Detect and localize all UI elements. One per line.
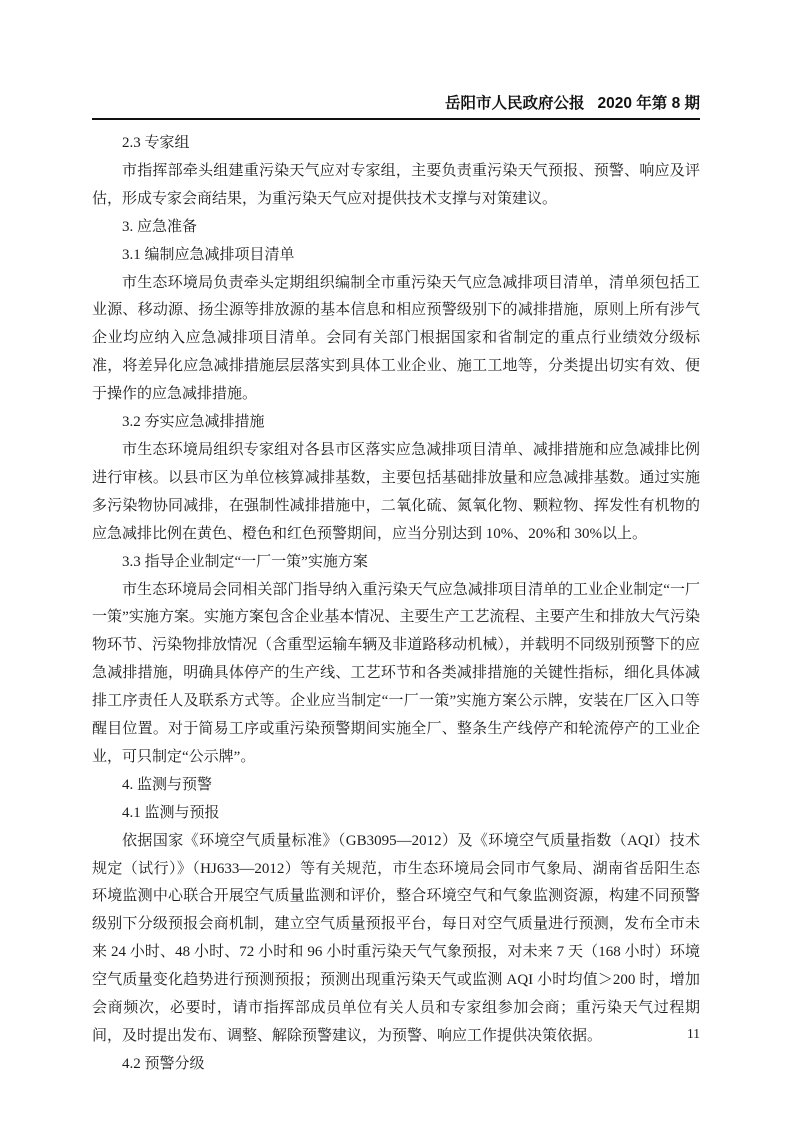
body-paragraph: 市生态环境局会同相关部门指导纳入重污染天气应急减排项目清单的工业企业制定“一厂一… — [92, 577, 700, 772]
section-heading: 4.2 预警分级 — [92, 1051, 700, 1079]
body-paragraph: 市生态环境局负责牵头定期组织编制全市重污染天气应急减排项目清单，清单须包括工业源… — [92, 270, 700, 410]
header-rule — [92, 118, 700, 120]
section-heading: 4.1 监测与预报 — [92, 800, 700, 828]
gazette-issue: 2020 年第 8 期 — [597, 95, 700, 112]
section-heading: 3. 应急准备 — [92, 214, 700, 242]
body-paragraph: 依据国家《环境空气质量标准》（GB3095—2012）及《环境空气质量指数（AQ… — [92, 828, 700, 1051]
body-paragraph: 市指挥部牵头组建重污染天气应对专家组，主要负责重污染天气预报、预警、响应及评估，… — [92, 158, 700, 214]
running-head: 岳阳市人民政府公报2020 年第 8 期 — [92, 93, 700, 114]
section-heading: 2.3 专家组 — [92, 130, 700, 158]
section-heading: 3.2 夯实应急减排措施 — [92, 409, 700, 437]
section-heading: 3.3 指导企业制定“一厂一策”实施方案 — [92, 549, 700, 577]
section-heading: 3.1 编制应急减排项目清单 — [92, 242, 700, 270]
gazette-title: 岳阳市人民政府公报 — [445, 95, 585, 112]
page-number: 11 — [92, 1026, 700, 1042]
section-heading: 4. 监测与预警 — [92, 772, 700, 800]
document-body: 2.3 专家组市指挥部牵头组建重污染天气应对专家组，主要负责重污染天气预报、预警… — [92, 130, 700, 1079]
body-paragraph: 市生态环境局组织专家组对各县市区落实应急减排项目清单、减排措施和应急减排比例进行… — [92, 437, 700, 549]
document-page: 岳阳市人民政府公报2020 年第 8 期 2.3 专家组市指挥部牵头组建重污染天… — [0, 0, 793, 1122]
